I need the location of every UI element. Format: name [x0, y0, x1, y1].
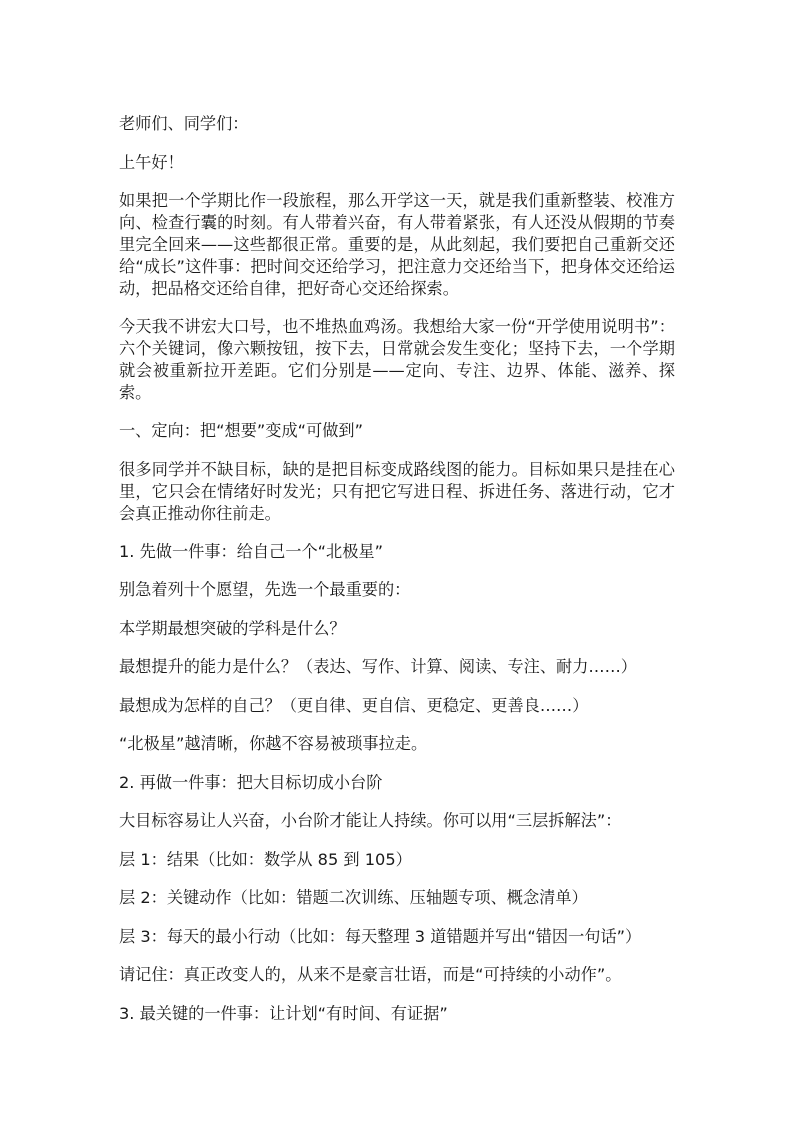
paragraph: 别急着列十个愿望，先选一个最重要的： [119, 579, 675, 601]
subheading-1: 1. 先做一件事：给自己一个“北极星” [119, 541, 675, 563]
salutation: 老师们、同学们： [119, 113, 675, 135]
greeting: 上午好！ [119, 152, 675, 174]
question-item: 本学期最想突破的学科是什么？ [119, 618, 675, 640]
layer-item: 层 2：关键动作（比如：错题二次训练、压轴题专项、概念清单） [119, 887, 675, 909]
section-1-paragraph: 很多同学并不缺目标，缺的是把目标变成路线图的能力。目标如果只是挂在心里，它只会在… [119, 459, 675, 525]
paragraph: 大目标容易让人兴奋，小台阶才能让人持续。你可以用“三层拆解法”： [119, 810, 675, 832]
section-heading-1: 一、定向：把“想要”变成“可做到” [119, 420, 675, 442]
paragraph: “北极星”越清晰，你越不容易被琐事拉走。 [119, 733, 675, 755]
paragraph: 请记住：真正改变人的，从来不是豪言壮语，而是“可持续的小动作”。 [119, 964, 675, 986]
layer-item: 层 1：结果（比如：数学从 85 到 105） [119, 849, 675, 871]
question-item: 最想提升的能力是什么？（表达、写作、计算、阅读、专注、耐力……） [119, 656, 675, 678]
subheading-2: 2. 再做一件事：把大目标切成小台阶 [119, 772, 675, 794]
intro-paragraph: 如果把一个学期比作一段旅程，那么开学这一天，就是我们重新整装、校准方向、检查行囊… [119, 190, 675, 300]
question-item: 最想成为怎样的自己？（更自律、更自信、更稳定、更善良……） [119, 695, 675, 717]
layer-item: 层 3：每天的最小行动（比如：每天整理 3 道错题并写出“错因一句话”） [119, 926, 675, 948]
document-page: 老师们、同学们： 上午好！ 如果把一个学期比作一段旅程，那么开学这一天，就是我们… [119, 113, 675, 1041]
subheading-3: 3. 最关键的一件事：让计划“有时间、有证据” [119, 1003, 675, 1025]
overview-paragraph: 今天我不讲宏大口号，也不堆热血鸡汤。我想给大家一份“开学使用说明书”：六个关键词… [119, 316, 675, 404]
